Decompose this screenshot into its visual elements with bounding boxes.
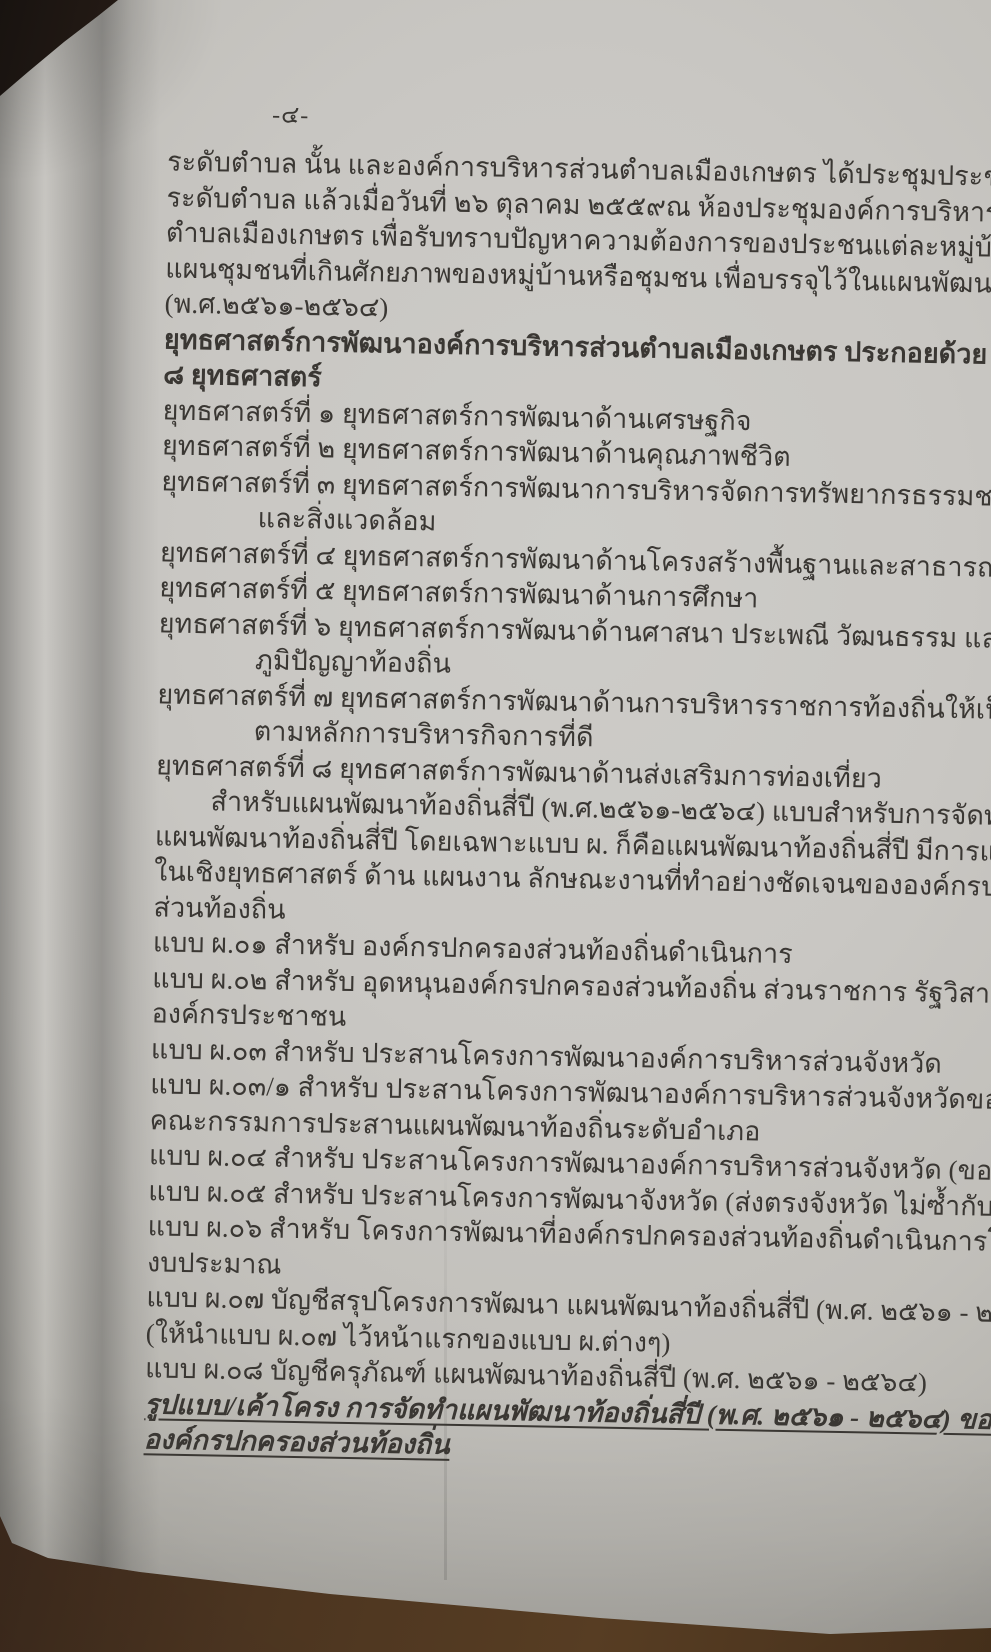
- document-page: -๔- ระดับตำบล นั้น และองค์การบริหารส่วนต…: [0, 0, 991, 1652]
- page-number: -๔-: [272, 98, 991, 146]
- document-body-lines: ระดับตำบล นั้น และองค์การบริหารส่วนตำบลเ…: [0, 141, 990, 1472]
- document-text: -๔- ระดับตำบล นั้น และองค์การบริหารส่วนต…: [0, 93, 991, 1472]
